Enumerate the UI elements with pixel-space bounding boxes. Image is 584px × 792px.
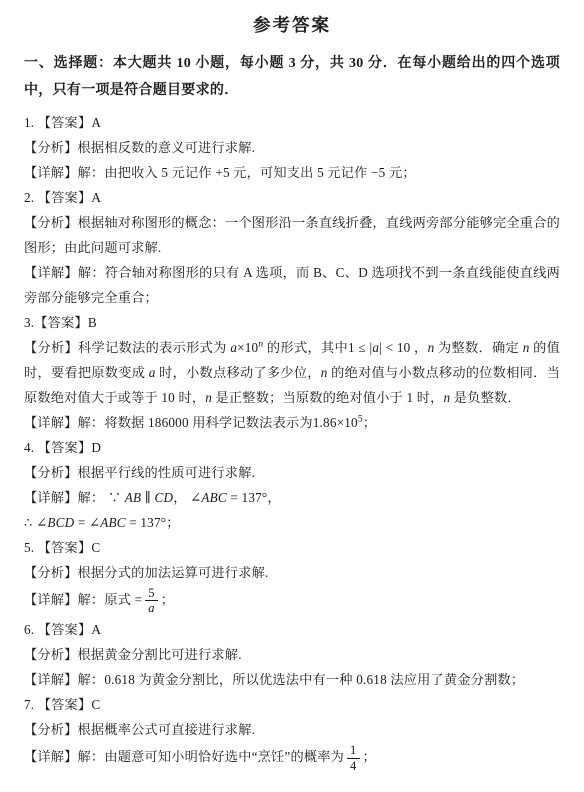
text-run: 时，小数点移动了多少位， bbox=[156, 365, 321, 380]
paragraph: 【详解】解：原式 =5a； bbox=[24, 585, 560, 617]
text-run: 【详解】解：0.618 为黄金分割比，所以优选法中有一种 0.618 法应用了黄… bbox=[24, 672, 524, 687]
paragraph: 【详解】解：将数据 186000 用科学记数法表示为1.86×105； bbox=[24, 410, 560, 435]
text-run: ABC bbox=[201, 490, 227, 505]
answer-item-5: 5. 【答案】C【分析】根据分式的加法运算可进行求解.【详解】解：原式 =5a； bbox=[24, 535, 560, 617]
text-run: 【详解】解：由把收入 5 元记作 +5 元，可知支出 5 元记作 −5 元； bbox=[24, 165, 416, 180]
text-run: 【详解】解：符合轴对称图形的只有 A 选项，而 B、C、D 选项找不到一条直线能… bbox=[24, 265, 560, 305]
text-run: 【分析】根据概率公式可直接进行求解. bbox=[24, 722, 255, 737]
text-run: AB bbox=[125, 490, 142, 505]
text-run: 为整数．确定 bbox=[434, 340, 522, 355]
paragraph: 【详解】解： ∵ AB ∥ CD， ∠ABC = 137°， bbox=[24, 485, 560, 510]
fraction-numerator: 1 bbox=[347, 744, 359, 758]
text-run: 是负整数． bbox=[450, 390, 520, 405]
text-run: 【分析】科学记数法的表示形式为 bbox=[24, 340, 230, 355]
page-title: 参考答案 bbox=[24, 12, 560, 37]
text-run: 2. 【答案】A bbox=[24, 190, 101, 205]
text-run: 【详解】解：由题意可知小明恰好选中“烹饪”的概率为 bbox=[24, 750, 344, 765]
fraction-denominator: a bbox=[148, 601, 154, 615]
section-heading: 一、选择题：本大题共 10 小题，每小题 3 分，共 30 分．在每小题给出的四… bbox=[24, 50, 560, 104]
paragraph: ∴ ∠BCD = ∠ABC = 137°； bbox=[24, 510, 560, 535]
paragraph: 7. 【答案】C bbox=[24, 692, 560, 717]
text-run: ； bbox=[363, 415, 376, 430]
text-run: CD bbox=[155, 490, 174, 505]
paragraph: 【详解】解：由把收入 5 元记作 +5 元，可知支出 5 元记作 −5 元； bbox=[24, 160, 560, 185]
answer-item-1: 1. 【答案】A【分析】根据相反数的意义可进行求解.【详解】解：由把收入 5 元… bbox=[24, 110, 560, 185]
text-run: 【分析】根据相反数的意义可进行求解. bbox=[24, 140, 255, 155]
fraction-numerator: 5 bbox=[145, 587, 157, 601]
text-run: n bbox=[321, 365, 328, 380]
paragraph: 【详解】解：符合轴对称图形的只有 A 选项，而 B、C、D 选项找不到一条直线能… bbox=[24, 260, 560, 310]
answer-item-3: 3.【答案】B【分析】科学记数法的表示形式为 a×10n 的形式，其中1 ≤ |… bbox=[24, 310, 560, 435]
text-run: ∥ bbox=[141, 490, 154, 505]
paragraph: 【分析】根据分式的加法运算可进行求解. bbox=[24, 560, 560, 585]
paragraph: 【分析】科学记数法的表示形式为 a×10n 的形式，其中1 ≤ |a| < 10… bbox=[24, 335, 560, 410]
text-run: 5. 【答案】C bbox=[24, 540, 100, 555]
paragraph: 6. 【答案】A bbox=[24, 617, 560, 642]
text-run: 【详解】解：将数据 186000 用科学记数法表示为1.86×10 bbox=[24, 415, 358, 430]
answer-item-7: 7. 【答案】C【分析】根据概率公式可直接进行求解.【详解】解：由题意可知小明恰… bbox=[24, 692, 560, 774]
paragraph: 1. 【答案】A bbox=[24, 110, 560, 135]
text-run: | < 10 ， bbox=[379, 340, 427, 355]
text-run: = 137°； bbox=[126, 515, 180, 530]
text-run: n bbox=[205, 390, 212, 405]
text-run: ∴ ∠ bbox=[24, 515, 47, 530]
fraction-denominator: 4 bbox=[350, 759, 356, 773]
text-run: 是正整数；当原数的绝对值小于 1 时， bbox=[212, 390, 443, 405]
answer-item-4: 4. 【答案】D【分析】根据平行线的性质可进行求解.【详解】解： ∵ AB ∥ … bbox=[24, 435, 560, 535]
answer-item-2: 2. 【答案】A【分析】根据轴对称图形的概念：一个图形沿一条直线折叠，直线两旁部… bbox=[24, 185, 560, 310]
paragraph: 【分析】根据黄金分割比可进行求解. bbox=[24, 642, 560, 667]
text-run: 【分析】根据黄金分割比可进行求解. bbox=[24, 647, 242, 662]
paragraph: 2. 【答案】A bbox=[24, 185, 560, 210]
text-run: = ∠ bbox=[74, 515, 100, 530]
text-run: ； bbox=[363, 750, 376, 765]
text-run: ABC bbox=[100, 515, 126, 530]
text-run: = 137°， bbox=[227, 490, 281, 505]
paragraph: 【分析】根据概率公式可直接进行求解. bbox=[24, 717, 560, 742]
text-run: 3.【答案】B bbox=[24, 315, 97, 330]
paragraph: 3.【答案】B bbox=[24, 310, 560, 335]
text-run: 【详解】解： ∵ bbox=[24, 490, 125, 505]
text-run: 1. 【答案】A bbox=[24, 115, 101, 130]
text-run: ； bbox=[161, 592, 174, 607]
paragraph: 【分析】根据平行线的性质可进行求解. bbox=[24, 460, 560, 485]
fraction: 5a bbox=[145, 587, 157, 615]
text-run: ， ∠ bbox=[173, 490, 201, 505]
paragraph: 4. 【答案】D bbox=[24, 435, 560, 460]
text-run: 7. 【答案】C bbox=[24, 697, 100, 712]
paragraph: 【详解】解：0.618 为黄金分割比，所以优选法中有一种 0.618 法应用了黄… bbox=[24, 667, 560, 692]
text-run: BCD bbox=[47, 515, 74, 530]
text-run: 【分析】根据轴对称图形的概念：一个图形沿一条直线折叠，直线两旁部分能够完全重合的… bbox=[24, 215, 560, 255]
text-run: 【分析】根据分式的加法运算可进行求解. bbox=[24, 565, 268, 580]
text-run: 【分析】根据平行线的性质可进行求解. bbox=[24, 465, 255, 480]
text-run: 的形式，其中1 ≤ | bbox=[263, 340, 372, 355]
fraction: 14 bbox=[347, 744, 359, 772]
text-run: 6. 【答案】A bbox=[24, 622, 101, 637]
paragraph: 【分析】根据轴对称图形的概念：一个图形沿一条直线折叠，直线两旁部分能够完全重合的… bbox=[24, 210, 560, 260]
answers-list: 1. 【答案】A【分析】根据相反数的意义可进行求解.【详解】解：由把收入 5 元… bbox=[24, 110, 560, 775]
text-run: a bbox=[149, 365, 156, 380]
paragraph: 【分析】根据相反数的意义可进行求解. bbox=[24, 135, 560, 160]
text-run: 4. 【答案】D bbox=[24, 440, 101, 455]
answer-item-6: 6. 【答案】A【分析】根据黄金分割比可进行求解.【详解】解：0.618 为黄金… bbox=[24, 617, 560, 692]
paragraph: 5. 【答案】C bbox=[24, 535, 560, 560]
text-run: ×10 bbox=[237, 340, 258, 355]
paragraph: 【详解】解：由题意可知小明恰好选中“烹饪”的概率为14； bbox=[24, 742, 560, 774]
text-run: 【详解】解：原式 = bbox=[24, 592, 142, 607]
